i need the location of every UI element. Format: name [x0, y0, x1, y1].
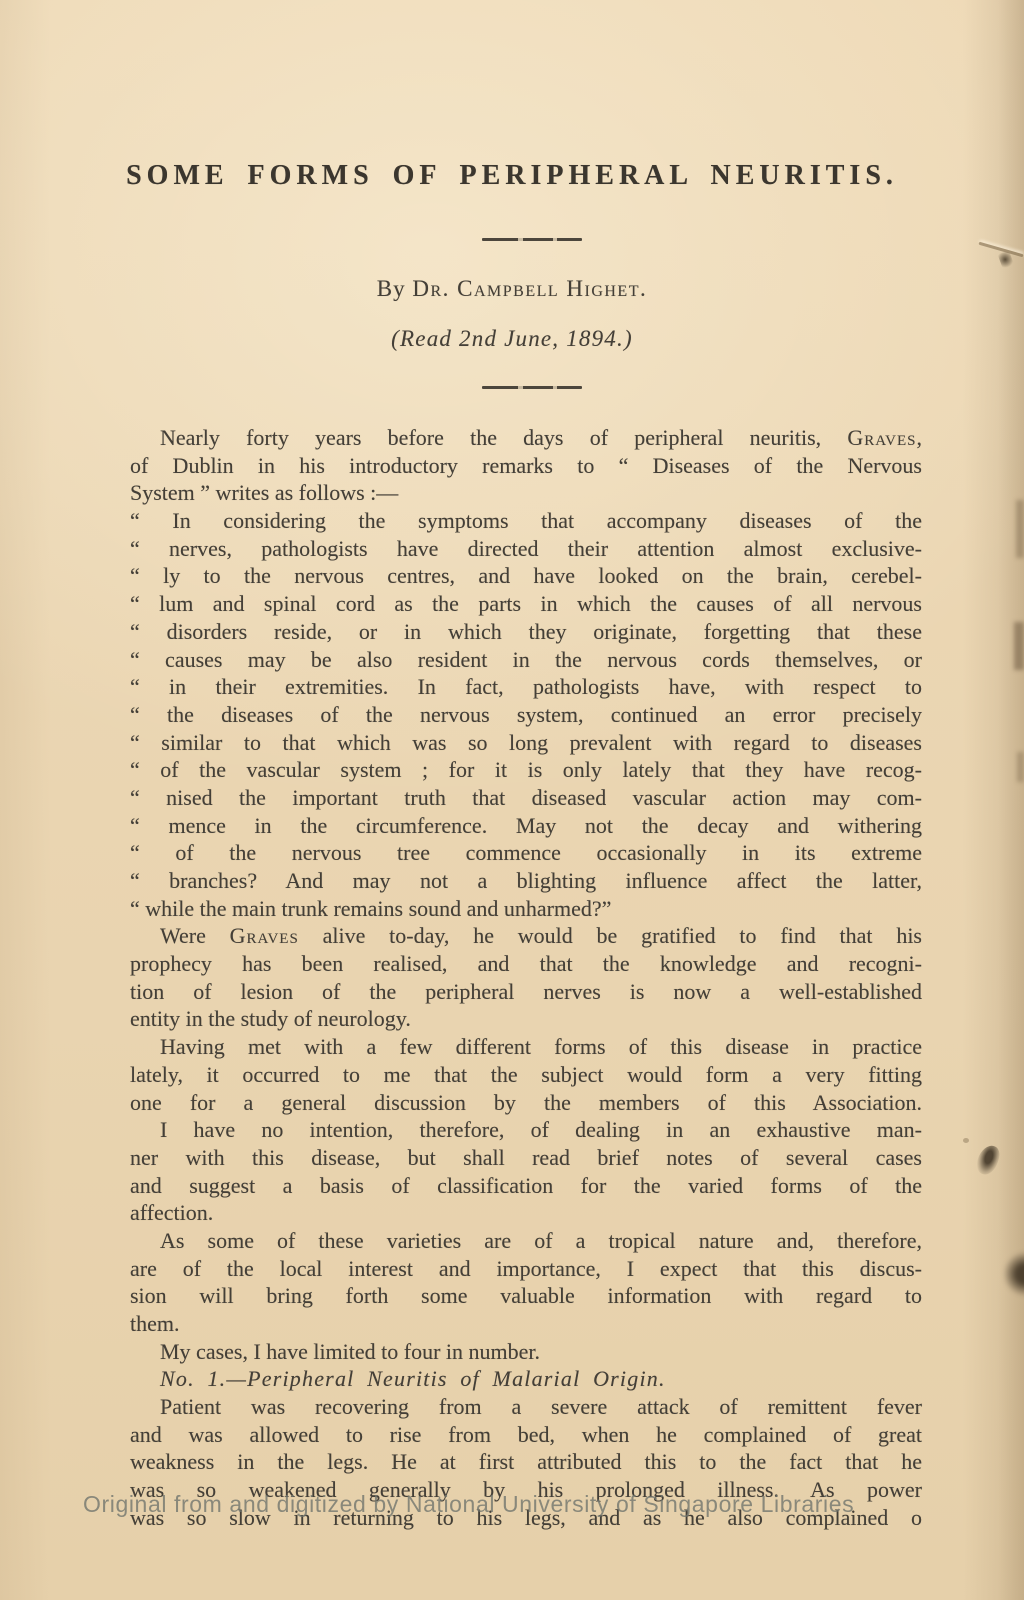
body-text: Nearly forty years before the days of pe…: [130, 424, 922, 1532]
text-line: Patient was recovering from a severe att…: [130, 1393, 922, 1421]
text-line: them.: [130, 1310, 922, 1338]
text-line: affection.: [130, 1199, 922, 1227]
text-line: “ of the nervous tree commence occasiona…: [130, 839, 922, 867]
paper-fleck: [963, 1138, 969, 1143]
text-line: “ in their extremities. In fact, patholo…: [130, 673, 922, 701]
text-line: As some of these varieties are of a trop…: [130, 1227, 922, 1255]
edge-stain-3: [1017, 752, 1024, 782]
text-line: I have no intention, therefore, of deali…: [130, 1116, 922, 1144]
text-line: “ nerves, pathologists have directed the…: [130, 535, 922, 563]
edge-stain-1: [1016, 500, 1024, 558]
text-line: of Dublin in his introductory remarks to…: [130, 452, 922, 480]
text-line: “ nised the important truth that disease…: [130, 784, 922, 812]
text-line: “ branches? And may not a blighting infl…: [130, 867, 922, 895]
author-name: Dr. Campbell Highet.: [412, 276, 647, 301]
text-line: lately, it occurred to me that the subje…: [130, 1061, 922, 1089]
text-line: are of the local interest and importance…: [130, 1255, 922, 1283]
text-line: “ In considering the symptoms that accom…: [130, 507, 922, 535]
scanned-document-page: SOME FORMS OF PERIPHERAL NEURITIS. By Dr…: [0, 0, 1024, 1600]
byline-prefix: By: [377, 276, 413, 301]
text-line: No. 1.—Peripheral Neuritis of Malarial O…: [130, 1365, 922, 1393]
text-line: Nearly forty years before the days of pe…: [130, 424, 922, 452]
text-line: My cases, I have limited to four in numb…: [130, 1338, 922, 1366]
text-line: sion will bring forth some valuable info…: [130, 1282, 922, 1310]
text-line: “ causes may be also resident in the ner…: [130, 646, 922, 674]
text-line: “ of the vascular system ; for it is onl…: [130, 756, 922, 784]
text-line: “ similar to that which was so long prev…: [130, 729, 922, 757]
text-line: “ ly to the nervous centres, and have lo…: [130, 562, 922, 590]
text-line: Having met with a few different forms of…: [130, 1033, 922, 1061]
divider-rule-bottom: [482, 386, 582, 389]
edge-stain-2: [1014, 622, 1024, 670]
page-title: SOME FORMS OF PERIPHERAL NEURITIS.: [112, 160, 912, 192]
text-line: one for a general discussion by the memb…: [130, 1089, 922, 1117]
text-line: “ while the main trunk remains sound and…: [130, 895, 922, 923]
text-line: entity in the study of neurology.: [130, 1005, 922, 1033]
text-line: System ” writes as follows :—: [130, 479, 922, 507]
edge-ink-blot: [1004, 1250, 1024, 1298]
byline: By Dr. Campbell Highet.: [112, 276, 912, 302]
read-date-line: (Read 2nd June, 1894.): [112, 326, 912, 352]
page-edge-shadow: [998, 0, 1024, 1600]
text-line: “ disorders reside, or in which they ori…: [130, 618, 922, 646]
text-line: tion of lesion of the peripheral nerves …: [130, 978, 922, 1006]
divider-rule-top: [482, 238, 582, 241]
small-caps-name: Graves: [230, 923, 299, 948]
text-line: “ the diseases of the nervous system, co…: [130, 701, 922, 729]
digitization-watermark: Original from and digitized by National …: [83, 1491, 953, 1518]
text-line: Were Graves alive to-day, he would be gr…: [130, 922, 922, 950]
text-line: weakness in the legs. He at first attrib…: [130, 1448, 922, 1476]
text-line: “ mence in the circumference. May not th…: [130, 812, 922, 840]
text-line: prophecy has been realised, and that the…: [130, 950, 922, 978]
text-line: and suggest a basis of classification fo…: [130, 1172, 922, 1200]
small-caps-name: Graves: [847, 425, 916, 450]
text-line: “ lum and spinal cord as the parts in wh…: [130, 590, 922, 618]
text-line: and was allowed to rise from bed, when h…: [130, 1421, 922, 1449]
text-line: ner with this disease, but shall read br…: [130, 1144, 922, 1172]
